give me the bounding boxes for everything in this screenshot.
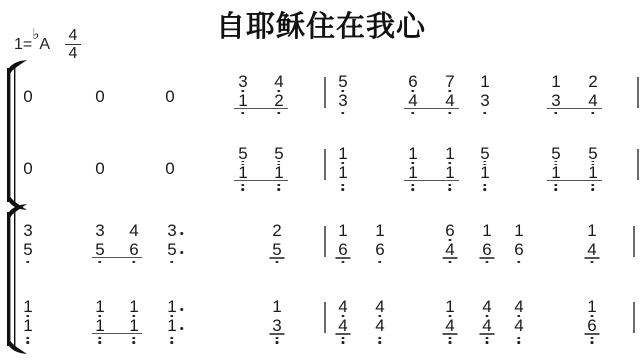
octave-dot — [449, 184, 452, 187]
note-chord: 31 — [238, 75, 247, 115]
octave-dot — [484, 161, 487, 162]
note-chord: 11 — [129, 300, 138, 344]
note-number-bottom: 4 — [588, 94, 597, 107]
octave-dot — [99, 341, 102, 344]
note-chord: 53 — [338, 75, 347, 115]
note-number-top: 3 — [95, 224, 104, 237]
barline — [637, 149, 639, 180]
octave-dot — [591, 337, 594, 340]
note-number-bottom: 4 — [445, 94, 454, 107]
eighth-underline — [336, 257, 351, 259]
note-number-top: 1 — [408, 147, 417, 160]
note-number-bottom: 1 — [445, 166, 454, 179]
note-number-bottom: 5 — [95, 243, 104, 256]
note-number-bottom: 6 — [587, 319, 596, 332]
note-chord: 42 — [274, 75, 283, 115]
octave-dot — [171, 341, 174, 344]
note-number-bottom: 3 — [480, 94, 489, 107]
note-number-bottom: 4 — [445, 319, 454, 332]
octave-dot — [278, 188, 281, 191]
octave-dot — [555, 184, 558, 187]
note-number-top: 5 — [480, 147, 489, 160]
time-signature: 4 4 — [65, 27, 81, 62]
note-chord: 11 — [408, 147, 417, 191]
note-number-top: 1 — [587, 300, 596, 313]
octave-dot — [342, 184, 345, 187]
octave-dot — [379, 261, 382, 264]
augmentation-dot — [181, 327, 184, 330]
note-chord: 11 — [445, 147, 454, 191]
octave-dot — [592, 188, 595, 191]
octave-dot — [342, 188, 345, 191]
note-number-bottom: 5 — [167, 243, 176, 256]
note-number-bottom: 6 — [338, 243, 347, 256]
octave-dot — [518, 337, 521, 340]
note-chord: 11 — [95, 300, 104, 344]
note-number-top: 5 — [338, 75, 347, 88]
octave-dot — [278, 161, 281, 162]
octave-dot — [342, 112, 345, 115]
eighth-underline — [270, 333, 285, 335]
note-number-top: 1 — [551, 75, 560, 88]
note-number-top: 4 — [514, 300, 523, 313]
note-chord: 13 — [480, 75, 489, 115]
octave-dot — [242, 161, 245, 162]
note-chord: 64 — [443, 224, 458, 264]
note-chord: 51 — [480, 147, 489, 191]
beam-line — [92, 333, 142, 335]
beam-line — [234, 108, 288, 110]
note-chord: 24 — [588, 75, 597, 115]
note-number-bottom: 1 — [551, 166, 560, 179]
note-number-top: 6 — [445, 224, 454, 237]
eighth-underline — [480, 257, 495, 259]
octave-dot — [592, 184, 595, 187]
octave-dot — [555, 188, 558, 191]
note-chord: 74 — [445, 75, 454, 115]
barline — [324, 302, 326, 333]
note-number-top: 1 — [514, 224, 523, 237]
note-number-bottom: 4 — [445, 243, 454, 256]
note-number-bottom: 1 — [408, 166, 417, 179]
octave-dot — [171, 337, 174, 340]
note-chord: 44 — [514, 300, 523, 344]
rest-note: 0 — [95, 147, 104, 179]
octave-dot — [242, 188, 245, 191]
song-title: 自耶稣住在我心 — [216, 4, 426, 45]
note-number-top: 2 — [588, 75, 597, 88]
octave-dot — [171, 261, 174, 264]
beam-line — [404, 180, 459, 182]
note-number-bottom: 1 — [129, 319, 138, 332]
octave-dot — [486, 341, 489, 344]
note-number-top: 3 — [167, 224, 176, 237]
sheet-music-page: 自耶稣住在我心 1=♭A 4 4 00031425364741313240005… — [0, 0, 642, 364]
note-number-top: 2 — [272, 224, 281, 237]
time-signature-denominator: 4 — [65, 45, 81, 62]
octave-dot — [412, 184, 415, 187]
note-number-bottom: 1 — [480, 166, 489, 179]
note-number-top: 5 — [551, 147, 560, 160]
rest-number: 0 — [95, 162, 104, 175]
note-number-bottom: 1 — [338, 166, 347, 179]
note-number-bottom: 4 — [514, 319, 523, 332]
note-number-bottom: 1 — [238, 94, 247, 107]
note-number-top: 1 — [272, 300, 281, 313]
note-number-bottom: 1 — [274, 166, 283, 179]
key-letter: A — [39, 36, 50, 54]
beam-line — [92, 257, 142, 259]
note-chord: 16 — [375, 224, 384, 264]
rest-note: 0 — [95, 75, 104, 107]
rest-number: 0 — [165, 90, 174, 103]
note-number-top: 6 — [408, 75, 417, 88]
note-number-bottom: 1 — [95, 319, 104, 332]
octave-dot — [379, 337, 382, 340]
octave-dot — [486, 261, 489, 264]
note-number-top: 1 — [167, 300, 176, 313]
barline — [324, 149, 326, 180]
note-number-bottom: 6 — [129, 243, 138, 256]
note-number-top: 1 — [338, 224, 347, 237]
time-signature-numerator: 4 — [65, 27, 81, 45]
octave-dot — [518, 261, 521, 264]
octave-dot — [133, 341, 136, 344]
note-number-top: 5 — [588, 147, 597, 160]
note-chord: 14 — [443, 300, 458, 344]
note-number-bottom: 4 — [338, 319, 347, 332]
note-number-bottom: 6 — [514, 243, 523, 256]
note-number-bottom: 1 — [238, 166, 247, 179]
note-number-top: 1 — [129, 300, 138, 313]
note-number-bottom: 1 — [167, 319, 176, 332]
octave-dot — [99, 337, 102, 340]
key-signature: 1=♭A — [14, 36, 50, 54]
augmentation-dot — [181, 251, 184, 254]
rest-note: 0 — [165, 75, 174, 107]
octave-dot — [591, 261, 594, 264]
barline — [324, 77, 326, 108]
octave-dot — [278, 184, 281, 187]
octave-dot — [449, 337, 452, 340]
note-number-top: 7 — [445, 75, 454, 88]
system-bracket — [3, 60, 29, 217]
eighth-underline — [443, 333, 458, 335]
octave-dot — [342, 261, 345, 264]
octave-dot — [99, 261, 102, 264]
barline — [633, 226, 635, 257]
note-number-bottom: 3 — [338, 94, 347, 107]
note-number-top: 1 — [445, 147, 454, 160]
octave-dot — [484, 188, 487, 191]
rest-note: 0 — [165, 147, 174, 179]
note-number-top: 1 — [480, 75, 489, 88]
note-chord: 51 — [588, 147, 597, 191]
note-chord: 16 — [585, 300, 600, 344]
octave-dot — [592, 161, 595, 162]
octave-dot — [412, 112, 415, 115]
note-chord: 35 — [167, 224, 176, 264]
barline — [637, 77, 639, 108]
note-chord: 35 — [95, 224, 104, 264]
augmentation-dot — [181, 232, 184, 235]
octave-dot — [276, 261, 279, 264]
eighth-underline — [585, 257, 600, 259]
note-number-top: 4 — [338, 300, 347, 313]
note-number-bottom: 3 — [551, 94, 560, 107]
note-number-top: 5 — [238, 147, 247, 160]
note-chord: 16 — [514, 224, 523, 264]
octave-dot — [276, 341, 279, 344]
eighth-underline — [585, 333, 600, 335]
octave-dot — [449, 341, 452, 344]
note-chord: 46 — [129, 224, 138, 264]
note-chord: 51 — [238, 147, 247, 191]
note-chord: 11 — [167, 300, 176, 344]
note-number-top: 1 — [445, 300, 454, 313]
note-number-bottom: 1 — [588, 166, 597, 179]
eighth-underline — [480, 333, 495, 335]
note-number-top: 1 — [338, 147, 347, 160]
beam-line — [404, 108, 459, 110]
flat-icon: ♭ — [32, 28, 39, 42]
octave-dot — [591, 341, 594, 344]
note-number-bottom: 3 — [272, 319, 281, 332]
note-number-top: 1 — [375, 224, 384, 237]
note-number-bottom: 4 — [482, 319, 491, 332]
note-chord: 44 — [480, 300, 495, 344]
beam-line — [234, 180, 288, 182]
octave-dot — [486, 337, 489, 340]
note-number-bottom: 6 — [482, 243, 491, 256]
barline — [633, 302, 635, 333]
note-chord: 16 — [336, 224, 351, 264]
note-chord: 13 — [270, 300, 285, 344]
note-number-top: 4 — [129, 224, 138, 237]
note-number-bottom: 5 — [272, 243, 281, 256]
key-prefix: 1= — [14, 36, 32, 54]
note-chord: 11 — [338, 147, 347, 191]
octave-dot — [278, 112, 281, 115]
note-chord: 51 — [274, 147, 283, 191]
octave-dot — [133, 261, 136, 264]
octave-dot — [342, 337, 345, 340]
note-number-top: 4 — [375, 300, 384, 313]
note-number-top: 1 — [482, 224, 491, 237]
note-chord: 64 — [408, 75, 417, 115]
note-chord: 51 — [551, 147, 560, 191]
octave-dot — [555, 112, 558, 115]
note-number-top: 1 — [95, 300, 104, 313]
octave-dot — [592, 112, 595, 115]
note-number-top: 1 — [587, 224, 596, 237]
octave-dot — [133, 337, 136, 340]
rest-number: 0 — [165, 162, 174, 175]
octave-dot — [449, 261, 452, 264]
octave-dot — [484, 184, 487, 187]
octave-dot — [449, 112, 452, 115]
note-chord: 25 — [270, 224, 285, 264]
octave-dot — [484, 112, 487, 115]
beam-line — [547, 180, 602, 182]
eighth-underline — [443, 257, 458, 259]
note-chord: 44 — [375, 300, 384, 344]
note-chord: 13 — [551, 75, 560, 115]
note-number-top: 4 — [482, 300, 491, 313]
note-number-bottom: 4 — [375, 319, 384, 332]
note-number-top: 4 — [274, 75, 283, 88]
octave-dot — [276, 337, 279, 340]
octave-dot — [449, 188, 452, 191]
octave-dot — [379, 341, 382, 344]
note-chord: 14 — [585, 224, 600, 264]
barline — [324, 226, 326, 257]
octave-dot — [412, 188, 415, 191]
octave-dot — [342, 341, 345, 344]
note-number-bottom: 4 — [408, 94, 417, 107]
note-number-top: 5 — [274, 147, 283, 160]
note-chord: 16 — [480, 224, 495, 264]
system-bracket — [3, 204, 29, 361]
note-chord: 44 — [336, 300, 351, 344]
octave-dot — [242, 112, 245, 115]
note-number-top: 3 — [238, 75, 247, 88]
beam-line — [547, 108, 602, 110]
note-number-bottom: 2 — [274, 94, 283, 107]
augmentation-dot — [181, 308, 184, 311]
eighth-underline — [270, 257, 285, 259]
note-number-bottom: 6 — [375, 243, 384, 256]
octave-dot — [518, 341, 521, 344]
octave-dot — [242, 184, 245, 187]
eighth-underline — [336, 333, 351, 335]
rest-number: 0 — [95, 90, 104, 103]
octave-dot — [555, 161, 558, 162]
note-number-bottom: 4 — [587, 243, 596, 256]
